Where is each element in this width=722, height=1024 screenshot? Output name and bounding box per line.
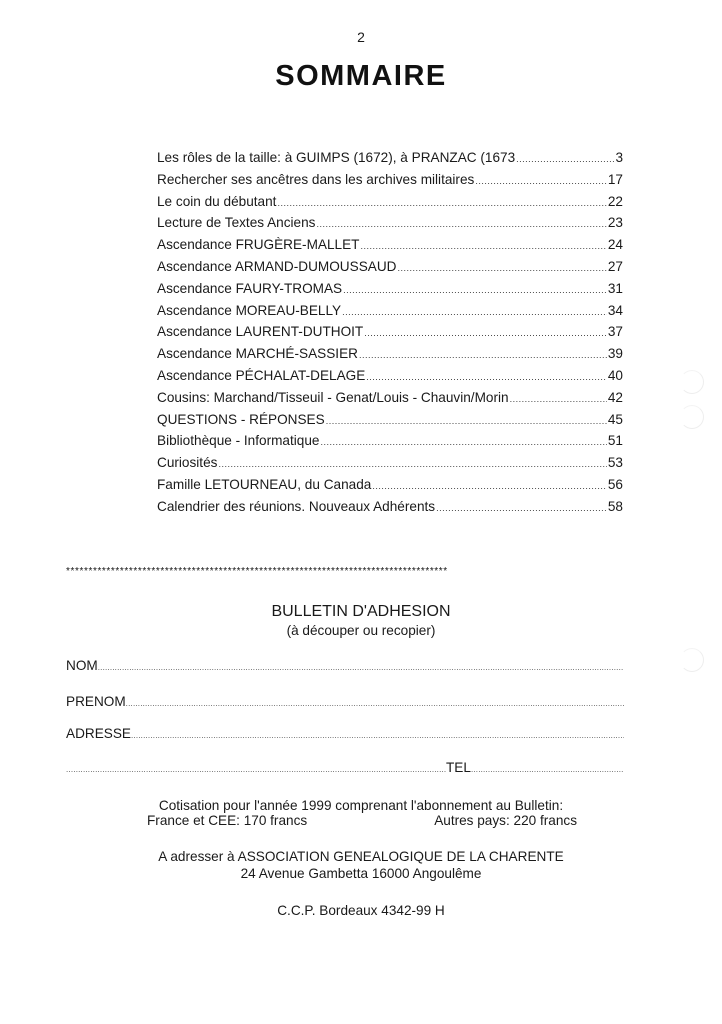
toc-leader-dots (397, 263, 606, 273)
toc-entry: Bibliothèque - Informatique51 (157, 433, 623, 455)
table-of-contents: Les rôles de la taille: à GUIMPS (1672),… (157, 150, 623, 521)
toc-entry-page: 24 (608, 237, 623, 252)
toc-entry-page: 31 (608, 281, 623, 296)
toc-leader-dots (475, 176, 607, 186)
address-line-1: A adresser à ASSOCIATION GENEALOGIQUE DE… (0, 849, 722, 864)
nom-label: NOM (66, 658, 98, 673)
toc-entry-title: Ascendance FRUGÈRE-MALLET (157, 237, 359, 252)
punch-hole-mark (680, 405, 704, 429)
nom-field[interactable]: NOM (66, 658, 624, 673)
toc-entry: Ascendance MARCHÉ-SASSIER39 (157, 346, 623, 368)
bulletin-title: BULLETIN D'ADHESION (0, 603, 722, 621)
separator-stars: ****************************************… (66, 566, 626, 577)
adresse-continuation-dotted-line (66, 765, 446, 774)
tel-label: TEL (446, 760, 471, 775)
toc-entry-title: Ascendance MOREAU-BELLY (157, 303, 341, 318)
toc-leader-dots (342, 307, 607, 317)
toc-entry-page: 51 (608, 433, 623, 448)
toc-entry: Les rôles de la taille: à GUIMPS (1672),… (157, 150, 623, 172)
toc-entry: Famille LETOURNEAU, du Canada56 (157, 477, 623, 499)
toc-leader-dots (320, 437, 606, 447)
toc-entry-page: 42 (608, 390, 623, 405)
toc-entry: Cousins: Marchand/Tisseuil - Genat/Louis… (157, 390, 623, 412)
fee-other-countries: Autres pays: 220 francs (434, 813, 577, 828)
toc-entry: Ascendance MOREAU-BELLY34 (157, 303, 623, 325)
prenom-dotted-line (126, 699, 624, 708)
bulletin-subtitle: (à découper ou recopier) (0, 623, 722, 638)
toc-entry-title: QUESTIONS - RÉPONSES (157, 412, 325, 427)
toc-leader-dots (277, 198, 606, 208)
toc-leader-dots (372, 481, 607, 491)
adresse-dotted-line (131, 731, 624, 740)
toc-leader-dots (510, 394, 607, 404)
toc-entry: Calendrier des réunions. Nouveaux Adhére… (157, 499, 623, 521)
toc-entry-title: Curiosités (157, 455, 217, 470)
toc-entry-title: Lecture de Textes Anciens (157, 215, 315, 230)
toc-leader-dots (436, 503, 607, 513)
toc-entry-title: Les rôles de la taille: à GUIMPS (1672),… (157, 150, 515, 165)
toc-leader-dots (326, 416, 607, 426)
toc-entry-page: 53 (608, 455, 623, 470)
toc-leader-dots (316, 219, 606, 229)
toc-entry-title: Bibliothèque - Informatique (157, 433, 319, 448)
nom-dotted-line (98, 663, 624, 672)
toc-leader-dots (364, 328, 607, 338)
page-title: SOMMAIRE (0, 60, 722, 93)
toc-entry: Ascendance LAURENT-DUTHOIT37 (157, 324, 623, 346)
toc-entry-page: 17 (608, 172, 623, 187)
toc-entry-page: 40 (608, 368, 623, 383)
punch-hole-mark (680, 370, 704, 394)
toc-entry-title: Rechercher ses ancêtres dans les archive… (157, 172, 474, 187)
toc-entry-page: 23 (608, 215, 623, 230)
toc-entry-page: 27 (608, 259, 623, 274)
toc-leader-dots (218, 459, 606, 469)
adresse-field[interactable]: ADRESSE (66, 726, 624, 741)
toc-entry-page: 45 (608, 412, 623, 427)
punch-hole-mark (680, 648, 704, 672)
fee-france: France et CEE: 170 francs (147, 813, 307, 828)
toc-entry-page: 3 (615, 150, 623, 165)
toc-leader-dots (359, 350, 607, 360)
toc-entry-title: Ascendance ARMAND-DUMOUSSAUD (157, 259, 396, 274)
toc-entry-title: Calendrier des réunions. Nouveaux Adhére… (157, 499, 435, 514)
toc-entry: Lecture de Textes Anciens23 (157, 215, 623, 237)
toc-entry: Ascendance FRUGÈRE-MALLET24 (157, 237, 623, 259)
toc-entry: Ascendance ARMAND-DUMOUSSAUD27 (157, 259, 623, 281)
toc-entry-page: 58 (608, 499, 623, 514)
tel-dotted-line (471, 765, 624, 774)
cotisation-text: Cotisation pour l'année 1999 comprenant … (0, 798, 722, 813)
tel-field[interactable]: TEL (66, 760, 624, 775)
toc-entry-title: Ascendance FAURY-TROMAS (157, 281, 342, 296)
toc-entry-page: 39 (608, 346, 623, 361)
prenom-label: PRENOM (66, 694, 126, 709)
ccp-account: C.C.P. Bordeaux 4342-99 H (0, 903, 722, 918)
toc-entry: QUESTIONS - RÉPONSES45 (157, 412, 623, 434)
toc-entry-page: 37 (608, 324, 623, 339)
toc-entry-title: Ascendance MARCHÉ-SASSIER (157, 346, 358, 361)
page-number: 2 (0, 29, 722, 45)
toc-entry-title: Famille LETOURNEAU, du Canada (157, 477, 371, 492)
toc-leader-dots (343, 285, 607, 295)
toc-entry: Le coin du débutant 22 (157, 194, 623, 216)
toc-entry: Curiosités53 (157, 455, 623, 477)
toc-entry-title: Le coin du débutant (157, 194, 276, 209)
toc-leader-dots (516, 154, 614, 164)
toc-entry-title: Ascendance LAURENT-DUTHOIT (157, 324, 363, 339)
toc-entry-title: Ascendance PÉCHALAT-DELAGE (157, 368, 365, 383)
toc-entry-page: 22 (608, 194, 623, 209)
toc-leader-dots (366, 372, 607, 382)
toc-entry: Ascendance FAURY-TROMAS31 (157, 281, 623, 303)
toc-entry-page: 34 (608, 303, 623, 318)
toc-entry: Rechercher ses ancêtres dans les archive… (157, 172, 623, 194)
toc-entry: Ascendance PÉCHALAT-DELAGE40 (157, 368, 623, 390)
adresse-label: ADRESSE (66, 726, 131, 741)
fees-row: France et CEE: 170 francs Autres pays: 2… (147, 813, 577, 828)
toc-leader-dots (360, 241, 606, 251)
prenom-field[interactable]: PRENOM (66, 694, 624, 709)
address-line-2: 24 Avenue Gambetta 16000 Angoulême (0, 866, 722, 881)
toc-entry-title: Cousins: Marchand/Tisseuil - Genat/Louis… (157, 390, 509, 405)
toc-entry-page: 56 (608, 477, 623, 492)
